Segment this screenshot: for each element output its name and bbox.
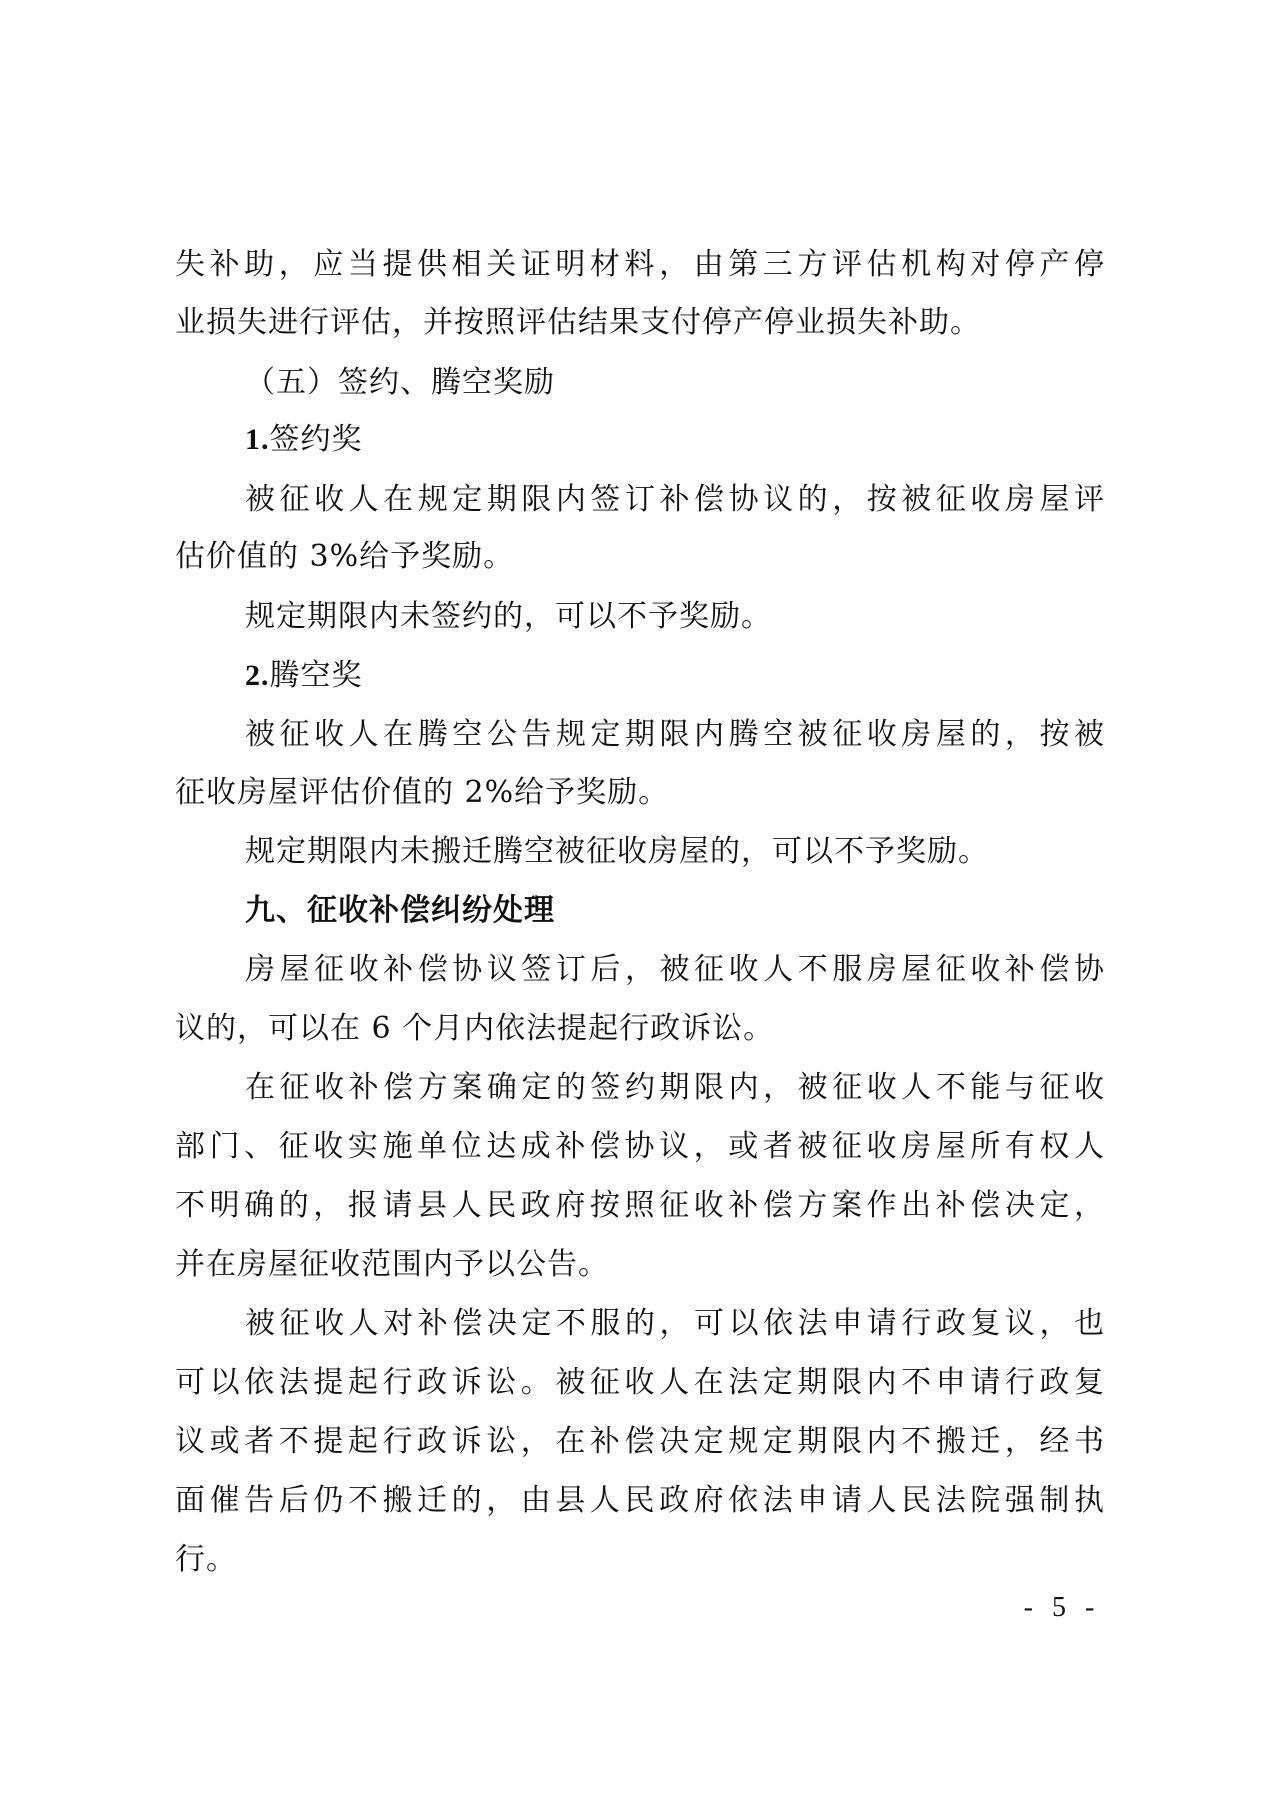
- chapter-heading: 九、征收补偿纠纷处理: [245, 891, 1105, 931]
- subsection-number: 2.: [245, 659, 270, 692]
- body-line: 部门、征收实施单位达成补偿协议，或者被征收房屋所有权人: [175, 1127, 1105, 1167]
- body-line: 不明确的，报请县人民政府按照征收补偿方案作出补偿决定，: [175, 1186, 1105, 1226]
- body-line: 在征收补偿方案确定的签约期限内，被征收人不能与征收: [245, 1068, 1105, 1108]
- body-line: 并在房屋征收范围内予以公告。: [175, 1245, 1105, 1285]
- body-line: 失补助，应当提供相关证明材料，由第三方评估机构对停产停: [175, 245, 1105, 285]
- body-line: 规定期限内未签约的，可以不予奖励。: [245, 597, 1105, 637]
- document-page: 失补助，应当提供相关证明材料，由第三方评估机构对停产停 业损失进行评估，并按照评…: [0, 0, 1280, 1810]
- subsection-title: 腾空奖: [270, 658, 363, 693]
- body-line: 被征收人对补偿决定不服的，可以依法申请行政复议，也: [245, 1304, 1105, 1344]
- body-line: 可以依法提起行政诉讼。被征收人在法定期限内不申请行政复: [175, 1363, 1105, 1403]
- body-line: 被征收人在规定期限内签订补偿协议的，按被征收房屋评: [245, 480, 1105, 520]
- body-line: 行。: [175, 1540, 1105, 1580]
- body-line: 估价值的 3%给予奖励。: [175, 537, 1105, 577]
- section-heading: （五）签约、腾空奖励: [245, 363, 1105, 403]
- body-line: 征收房屋评估价值的 2%给予奖励。: [175, 773, 1105, 813]
- body-line: 议或者不提起行政诉讼，在补偿决定规定期限内不搬迁，经书: [175, 1422, 1105, 1462]
- page-number: - 5 -: [1022, 1590, 1102, 1626]
- body-line: 业损失进行评估，并按照评估结果支付停产停业损失补助。: [175, 303, 1105, 343]
- subsection-title: 签约奖: [270, 422, 363, 457]
- subsection-heading: 1.签约奖: [245, 420, 1105, 460]
- body-line: 面催告后仍不搬迁的，由县人民政府依法申请人民法院强制执: [175, 1481, 1105, 1521]
- body-line: 议的，可以在 6 个月内依法提起行政诉讼。: [175, 1009, 1105, 1049]
- body-line: 被征收人在腾空公告规定期限内腾空被征收房屋的，按被: [245, 715, 1105, 755]
- subsection-number: 1.: [245, 423, 270, 456]
- body-line: 房屋征收补偿协议签订后，被征收人不服房屋征收补偿协: [245, 950, 1105, 990]
- subsection-heading: 2.腾空奖: [245, 656, 1105, 696]
- body-line: 规定期限内未搬迁腾空被征收房屋的，可以不予奖励。: [245, 832, 1105, 872]
